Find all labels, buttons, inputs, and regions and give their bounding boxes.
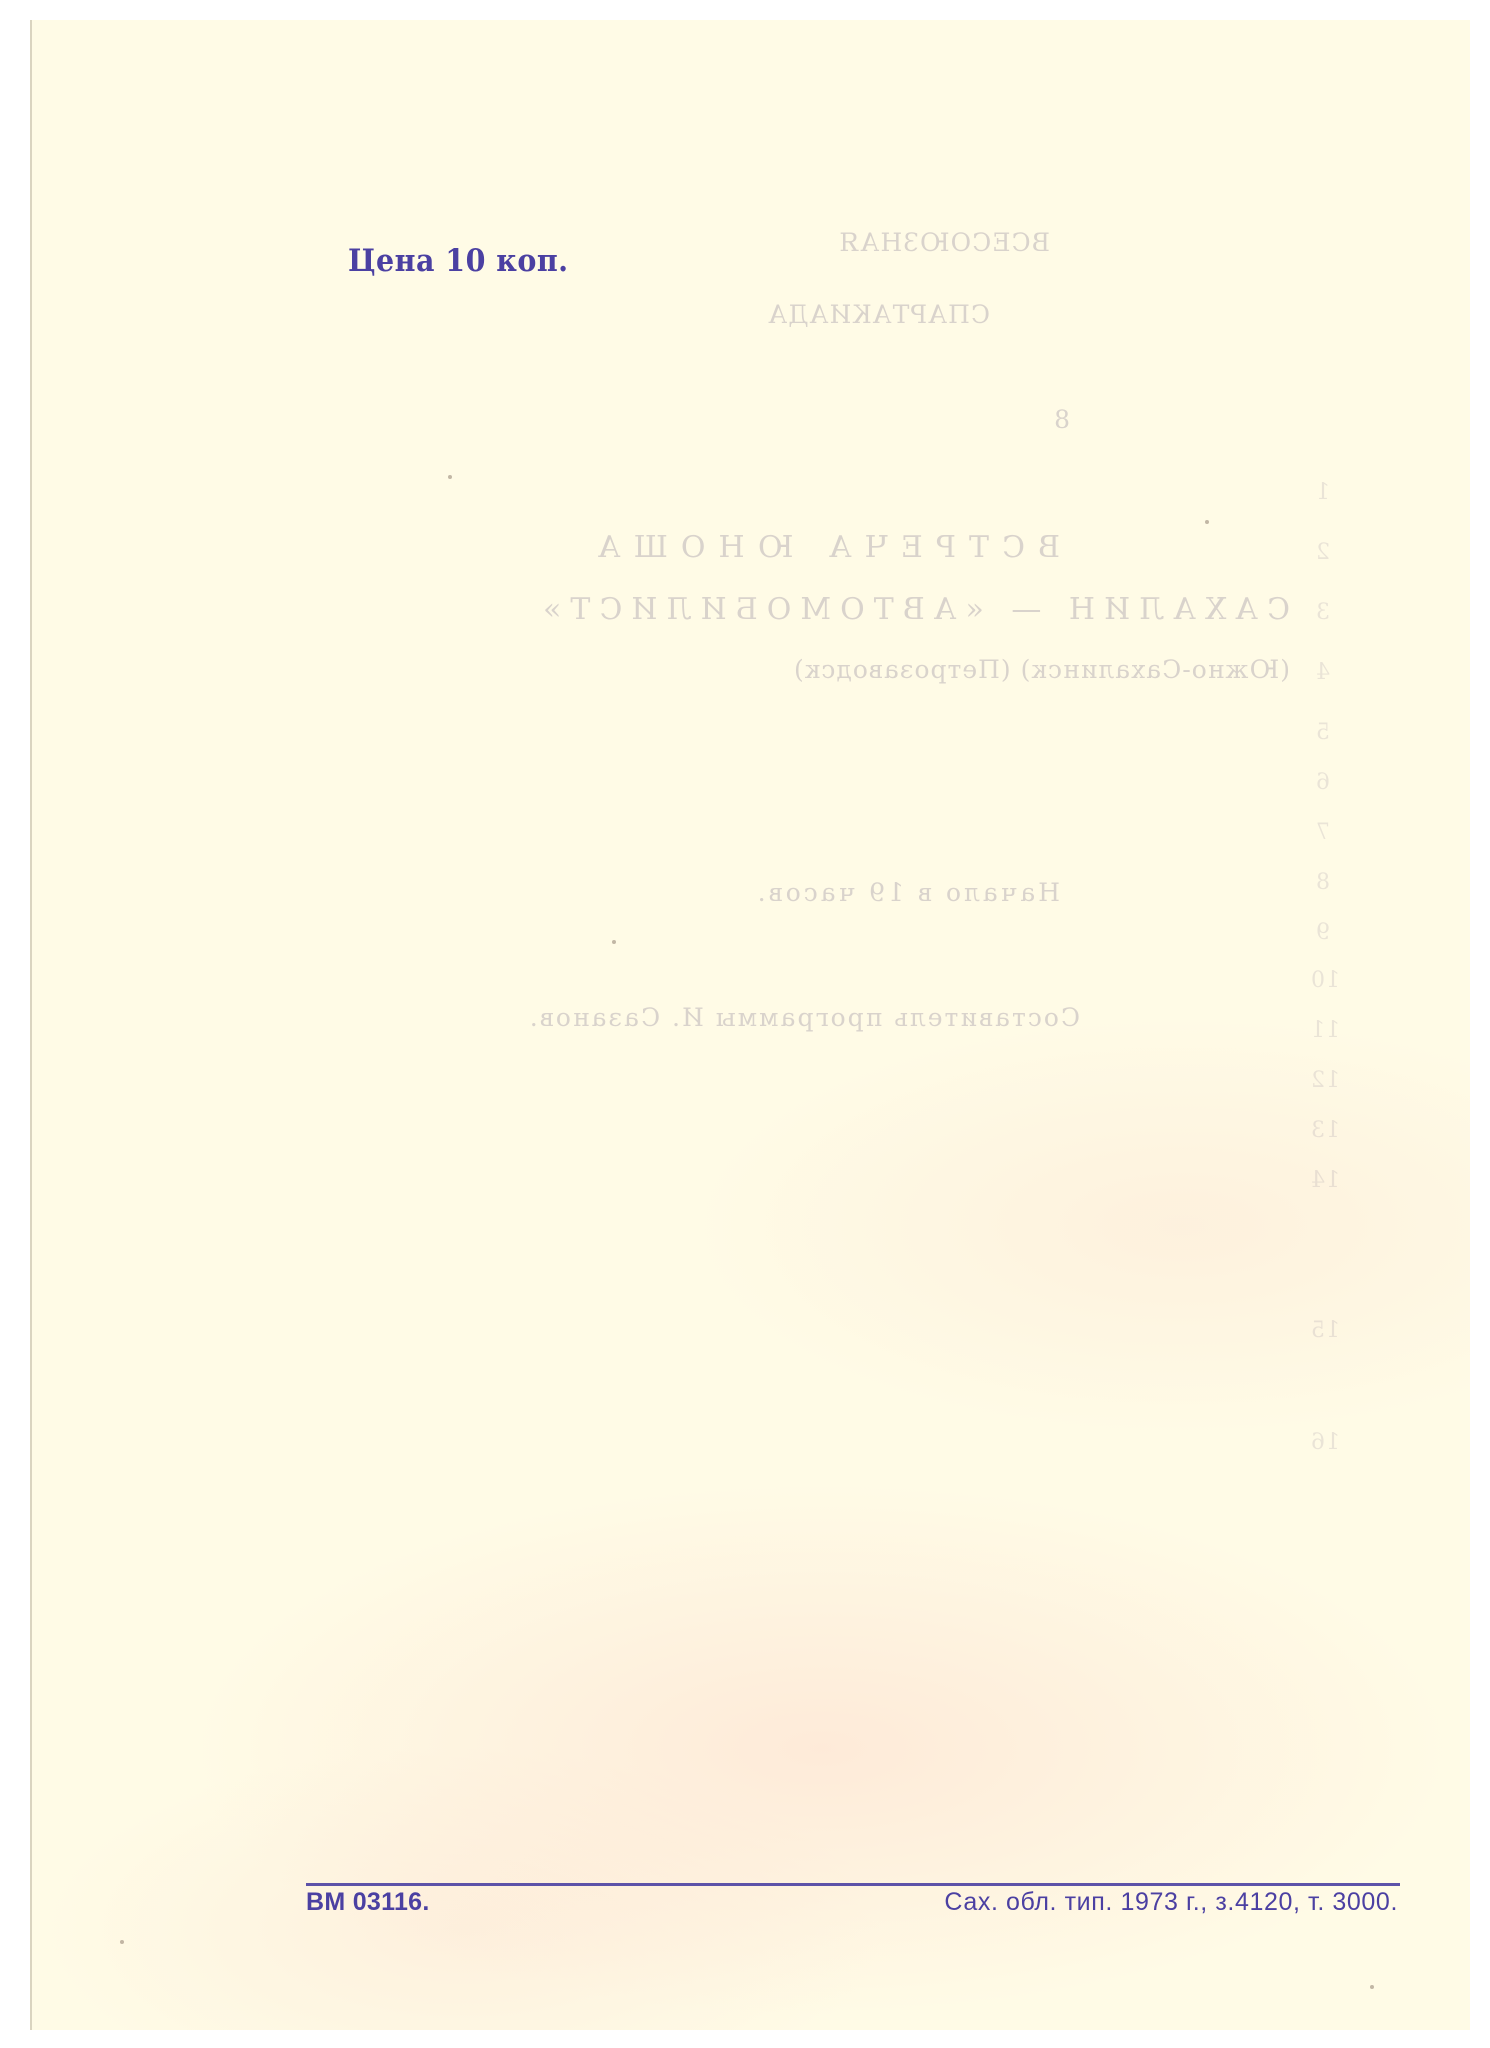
paper-speck — [1205, 520, 1209, 524]
footer-code: ВМ 03116. — [306, 1888, 430, 1917]
paper-speck — [120, 1940, 124, 1944]
price-label: Цена 10 коп. — [348, 243, 569, 279]
paper-sheet — [30, 20, 1470, 2030]
paper-speck — [1370, 1985, 1374, 1989]
paper-speck — [612, 940, 616, 944]
footer-imprint: Сах. обл. тип. 1973 г., з.4120, т. 3000. — [944, 1888, 1398, 1917]
footer-rule — [306, 1883, 1400, 1886]
paper-speck — [448, 475, 452, 479]
